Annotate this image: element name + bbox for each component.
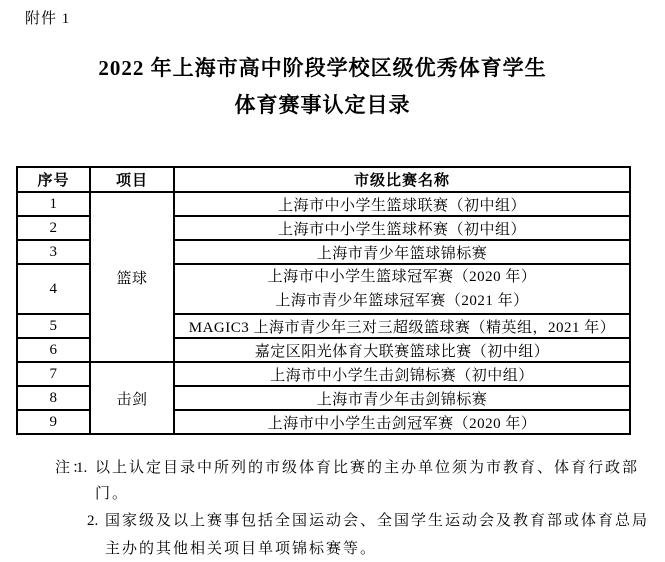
row-number-cell: 5 — [17, 314, 90, 338]
sport-group-cell-basketball: 篮球 — [90, 192, 174, 362]
competitions-table: 序号 项目 市级比赛名称 1 篮球 上海市中小学生篮球联赛（初中组） 2 上海市… — [16, 166, 631, 435]
row-number-cell: 7 — [17, 362, 90, 386]
header-cell-sport: 项目 — [90, 167, 174, 192]
competition-name-cell: 上海市中小学生篮球杯赛（初中组） — [174, 216, 630, 240]
competition-name-line2: 上海市青少年篮球冠军赛（2021 年） — [175, 289, 629, 313]
document-title-line2: 体育赛事认定目录 — [16, 87, 629, 124]
competition-name-cell: 上海市中小学生击剑锦标赛（初中组） — [174, 362, 630, 386]
notes-section: 注： 1. 以上认定目录中所列的市级体育比赛的主办单位须为市教育、体育行政部 门… — [55, 457, 645, 562]
note-number: 1. — [76, 457, 87, 479]
competition-name-cell: 上海市青少年篮球锦标赛 — [174, 240, 630, 264]
header-cell-competition: 市级比赛名称 — [174, 167, 630, 192]
row-number-cell: 1 — [17, 192, 90, 216]
row-number-cell: 4 — [17, 264, 90, 314]
row-number-cell: 3 — [17, 240, 90, 264]
row-number-cell: 6 — [17, 338, 90, 362]
table-header-row: 序号 项目 市级比赛名称 — [17, 167, 630, 192]
row-number-cell: 2 — [17, 216, 90, 240]
row-number-cell: 9 — [17, 410, 90, 434]
competition-name-cell: 嘉定区阳光体育大联赛篮球比赛（初中组） — [174, 338, 630, 362]
competition-name-cell: MAGIC3 上海市青少年三对三超级篮球赛（精英组，2021 年） — [174, 314, 630, 338]
sport-group-cell-fencing: 击剑 — [90, 362, 174, 434]
attachment-label: 附件 1 — [25, 7, 70, 28]
competition-name-cell: 上海市中小学生篮球冠军赛（2020 年） 上海市青少年篮球冠军赛（2021 年） — [174, 264, 630, 314]
table-row: 7 击剑 上海市中小学生击剑锦标赛（初中组） — [17, 362, 630, 386]
document-title: 2022 年上海市高中阶段学校区级优秀体育学生 体育赛事认定目录 — [16, 50, 629, 124]
note-text-line: 主办的其他相关项目单项锦标赛等。 — [105, 538, 377, 560]
competition-name-cell: 上海市青少年击剑锦标赛 — [174, 386, 630, 410]
table-row: 1 篮球 上海市中小学生篮球联赛（初中组） — [17, 192, 630, 216]
note-text-line: 门。 — [95, 483, 129, 505]
note-text-line: 国家级及以上赛事包括全国运动会、全国学生运动会及教育部或体育总局 — [105, 510, 649, 532]
competition-name-line1: 上海市中小学生篮球冠军赛（2020 年） — [175, 265, 629, 289]
competition-name-cell: 上海市中小学生击剑冠军赛（2020 年） — [174, 410, 630, 434]
document-title-line1: 2022 年上海市高中阶段学校区级优秀体育学生 — [16, 50, 629, 87]
row-number-cell: 8 — [17, 386, 90, 410]
note-number: 2. — [87, 510, 98, 532]
note-text-line: 以上认定目录中所列的市级体育比赛的主办单位须为市教育、体育行政部 — [95, 457, 639, 479]
competition-name-cell: 上海市中小学生篮球联赛（初中组） — [174, 192, 630, 216]
header-cell-no: 序号 — [17, 167, 90, 192]
